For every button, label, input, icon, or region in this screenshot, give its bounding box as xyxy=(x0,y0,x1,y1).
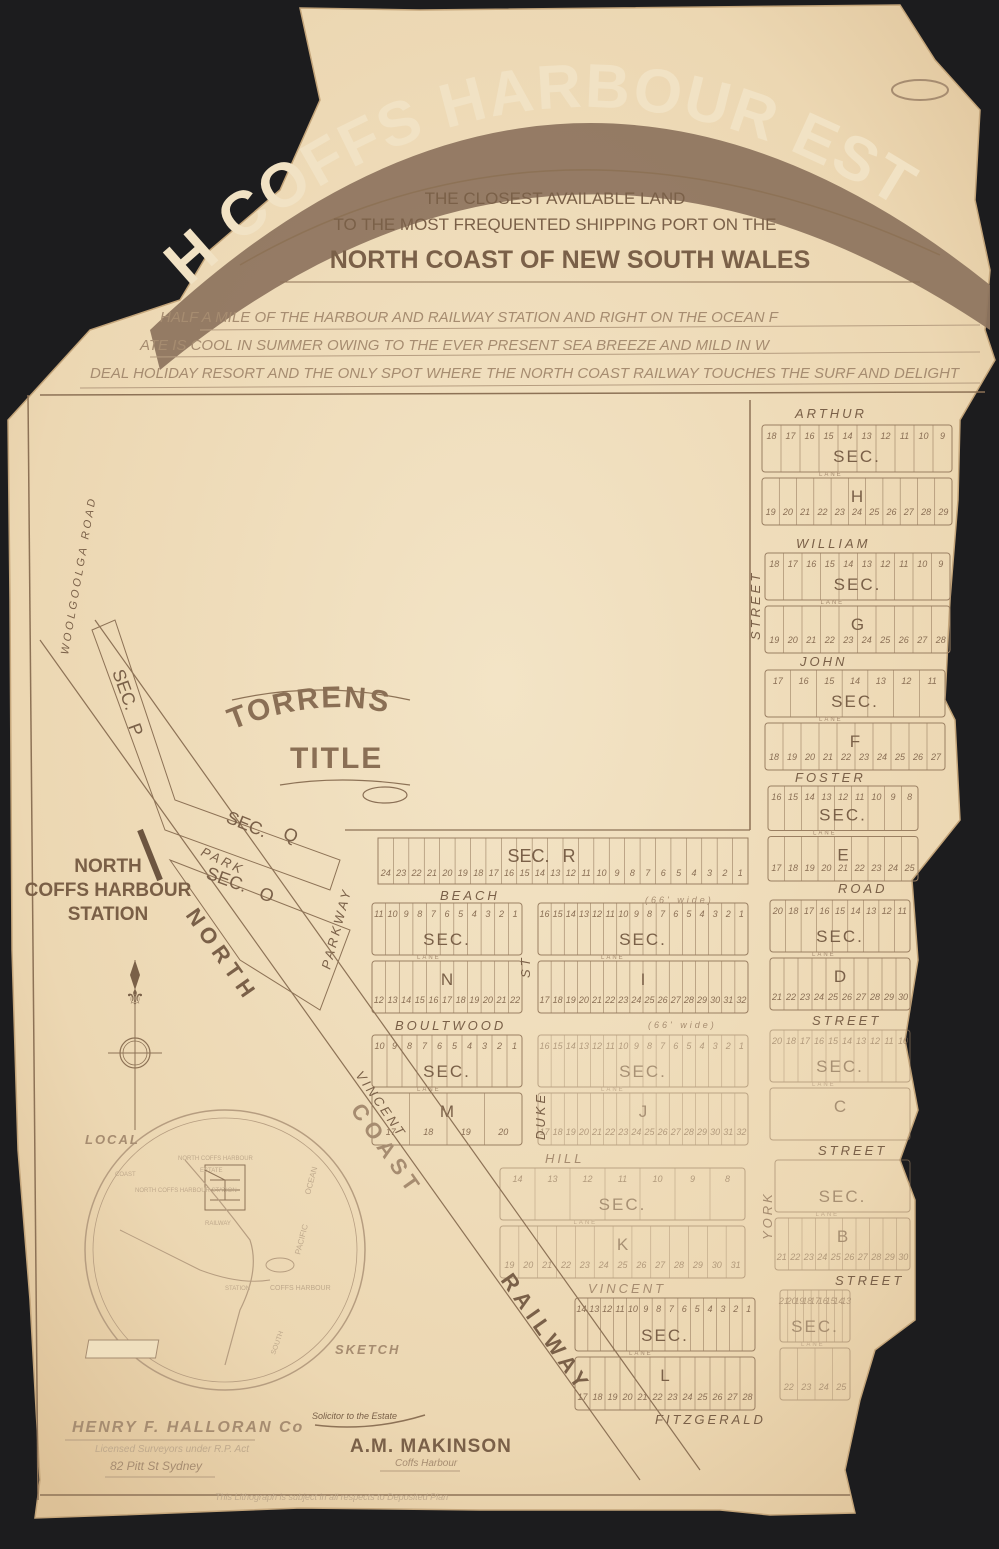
lot-number: 3 xyxy=(713,1041,718,1051)
surveyor-address: 82 Pitt St Sydney xyxy=(110,1459,203,1473)
street-vincent: VINCENT xyxy=(588,1281,666,1296)
lot-number: 6 xyxy=(673,1041,678,1051)
lot-number: 19 xyxy=(805,863,815,873)
lot-number: 20 xyxy=(804,752,815,762)
subtitle-line-1: THE CLOSEST AVAILABLE LAND xyxy=(425,189,686,208)
lot-number: 11 xyxy=(898,906,907,916)
lot-number: 11 xyxy=(900,431,909,441)
lot-number: 23 xyxy=(803,1252,814,1262)
lot-number: 8 xyxy=(407,1041,412,1051)
width-note-2: (66' wide) xyxy=(648,1020,717,1030)
lot-number: 29 xyxy=(696,1127,707,1137)
lane-label: LANE xyxy=(812,952,836,958)
lot-number: 6 xyxy=(682,1304,687,1314)
lot-number: 1 xyxy=(513,909,518,919)
lot-number: 14 xyxy=(850,676,860,686)
lot-number: 24 xyxy=(887,863,898,873)
lot-number: 21 xyxy=(799,507,810,517)
lot-number: 10 xyxy=(871,792,881,802)
lot-number: 24 xyxy=(818,1382,829,1392)
lot-number: 19 xyxy=(766,507,776,517)
section-letter: K xyxy=(617,1235,629,1254)
lot-number: 17 xyxy=(442,995,453,1005)
lot-number: 23 xyxy=(834,507,845,517)
lot-number: 3 xyxy=(482,1041,487,1051)
lot-number: 16 xyxy=(540,909,550,919)
lot-number: 15 xyxy=(824,676,835,686)
lot-number: 17 xyxy=(800,1036,811,1046)
lot-number: 15 xyxy=(825,559,836,569)
lot-number: 3 xyxy=(707,868,712,878)
lot-number: 24 xyxy=(681,1392,692,1402)
lot-number: 25 xyxy=(616,1260,628,1270)
lot-number: 18 xyxy=(769,559,779,569)
lot-number: 13 xyxy=(821,792,831,802)
lot-number: 11 xyxy=(606,1041,615,1051)
lot-number: 18 xyxy=(553,995,563,1005)
lot-number: 2 xyxy=(496,1041,502,1051)
lot-number: 25 xyxy=(904,863,916,873)
section-letter: J xyxy=(639,1102,648,1121)
lot-number: 14 xyxy=(566,909,576,919)
lot-number: 29 xyxy=(696,995,707,1005)
section-letter: I xyxy=(641,970,646,989)
lot-number: 3 xyxy=(713,909,718,919)
solicitor-label: Solicitor to the Estate xyxy=(312,1411,397,1421)
lot-number: 21 xyxy=(837,863,848,873)
lot-number: 20 xyxy=(820,863,831,873)
lot-number: 10 xyxy=(917,559,927,569)
lot-number: 9 xyxy=(614,868,619,878)
lot-number: 13 xyxy=(387,995,397,1005)
lot-number: 26 xyxy=(657,1127,668,1137)
lot-number: 20 xyxy=(522,1260,533,1270)
lot-number: 18 xyxy=(473,868,483,878)
lot-number: 15 xyxy=(415,995,426,1005)
street-road: ROAD xyxy=(838,881,888,896)
lot-number: 13 xyxy=(579,909,589,919)
street-street-1: STREET xyxy=(812,1013,881,1028)
lot-number: 22 xyxy=(783,1382,794,1392)
lot-number: 16 xyxy=(540,1041,550,1051)
lot-number: 8 xyxy=(656,1304,661,1314)
lot-number: 15 xyxy=(823,431,834,441)
lot-number: 12 xyxy=(592,1041,602,1051)
lot-number: 17 xyxy=(771,863,782,873)
lot-number: 26 xyxy=(898,635,909,645)
lot-number: 10 xyxy=(374,1041,384,1051)
lot-number: 11 xyxy=(884,1036,893,1046)
lot-number: 16 xyxy=(814,1036,824,1046)
lot-number: 8 xyxy=(647,1041,652,1051)
lot-number: 13 xyxy=(856,1036,866,1046)
lot-number: 6 xyxy=(661,868,666,878)
lot-number: 25 xyxy=(644,1127,656,1137)
lot-number: 11 xyxy=(606,909,615,919)
surveyor-line-2: Licensed Surveyors under R.P. Act xyxy=(95,1444,250,1455)
disclaimer: This Lithograph is subject in all respec… xyxy=(215,1492,448,1502)
solicitor-place: Coffs Harbour xyxy=(395,1458,458,1469)
lot-number: 20 xyxy=(482,995,493,1005)
lot-number: 18 xyxy=(788,863,798,873)
lot-number: 25 xyxy=(835,1382,847,1392)
lot-number: 6 xyxy=(673,909,678,919)
tagline-2: ATE IS COOL IN SUMMER OWING TO THE EVER … xyxy=(139,337,771,354)
lot-number: 28 xyxy=(870,1252,881,1262)
lot-number: 24 xyxy=(630,1127,641,1137)
lane-label: LANE xyxy=(819,717,843,723)
lot-number: 15 xyxy=(519,868,530,878)
section-letter: H xyxy=(851,487,863,506)
section-letter: F xyxy=(850,732,860,751)
section-label: SEC. xyxy=(816,1057,864,1076)
lane-label: LANE xyxy=(813,831,837,837)
lot-number: 24 xyxy=(816,1252,827,1262)
lot-number: 18 xyxy=(456,995,466,1005)
lot-number: 14 xyxy=(842,1036,852,1046)
lot-number: 9 xyxy=(690,1174,695,1184)
lot-number: 12 xyxy=(374,995,384,1005)
lane-label: LANE xyxy=(601,1087,625,1093)
tagline-3: DEAL HOLIDAY RESORT AND THE ONLY SPOT WH… xyxy=(90,365,961,382)
lot-number: 12 xyxy=(882,906,892,916)
street-hill: HILL xyxy=(545,1151,584,1166)
section-letter: N xyxy=(441,970,453,989)
lot-number: 26 xyxy=(843,1252,854,1262)
lot-number: 10 xyxy=(628,1304,638,1314)
section-letter: R xyxy=(563,846,576,866)
lot-number: 25 xyxy=(879,635,891,645)
lot-number: 18 xyxy=(553,1127,563,1137)
lot-number: 6 xyxy=(444,909,449,919)
lot-number: 24 xyxy=(861,635,872,645)
lot-number: 27 xyxy=(903,507,915,517)
lot-number: 26 xyxy=(657,995,668,1005)
lot-number: 19 xyxy=(504,1260,514,1270)
lot-number: 12 xyxy=(880,559,890,569)
section-letter: C xyxy=(834,1097,846,1116)
lane-label: LANE xyxy=(601,955,625,961)
lot-number: 8 xyxy=(647,909,652,919)
lane-label: LANE xyxy=(819,472,843,478)
lot-number: 28 xyxy=(935,635,946,645)
lot-number: 19 xyxy=(607,1392,617,1402)
lot-number: 24 xyxy=(813,992,824,1002)
lot-number: 13 xyxy=(579,1041,589,1051)
lane-label: LANE xyxy=(417,955,441,961)
lot-number: 28 xyxy=(683,995,694,1005)
lot-number: 9 xyxy=(890,792,895,802)
section-label: SEC. xyxy=(833,447,881,466)
lot-number: 30 xyxy=(898,992,908,1002)
lane-label: LANE xyxy=(801,1342,825,1348)
section-label: SEC. xyxy=(819,1187,867,1206)
lot-number: 14 xyxy=(851,906,861,916)
lane-label: LANE xyxy=(821,600,845,606)
lot-number: 17 xyxy=(773,676,784,686)
lot-number: 11 xyxy=(615,1304,624,1314)
lot-number: 19 xyxy=(458,868,468,878)
lot-number: 11 xyxy=(927,676,936,686)
section-letter: G xyxy=(851,615,864,634)
street-vertical: STREET xyxy=(748,571,763,640)
street-beach: BEACH xyxy=(440,888,500,903)
section-label: SEC. xyxy=(791,1317,839,1336)
lot-number: 10 xyxy=(918,431,928,441)
lot-number: 13 xyxy=(550,868,560,878)
lot-number: 20 xyxy=(578,1127,589,1137)
lot-number: 13 xyxy=(876,676,886,686)
lot-number: 28 xyxy=(869,992,880,1002)
lot-number: 22 xyxy=(411,868,422,878)
lot-number: 27 xyxy=(855,992,867,1002)
inset-text: COFFS HARBOUR xyxy=(270,1285,331,1292)
lot-number: 25 xyxy=(830,1252,842,1262)
lot-number: 22 xyxy=(816,507,827,517)
lot-number: 10 xyxy=(618,909,628,919)
street-william: WILLIAM xyxy=(796,536,870,551)
lot-number: 4 xyxy=(700,909,705,919)
lot-number: 14 xyxy=(566,1041,576,1051)
lot-number: 22 xyxy=(840,752,851,762)
lot-number: 19 xyxy=(769,635,779,645)
lot-number: 26 xyxy=(841,992,852,1002)
lot-number: 26 xyxy=(886,507,897,517)
lot-number: 17 xyxy=(785,431,796,441)
lot-number: 18 xyxy=(788,906,798,916)
lot-number: 9 xyxy=(634,909,639,919)
lot-number: 26 xyxy=(635,1260,646,1270)
lot-number: 31 xyxy=(731,1260,741,1270)
torrens-line-2: TITLE xyxy=(290,742,383,775)
lot-number: 16 xyxy=(806,559,816,569)
lot-number: 19 xyxy=(566,995,576,1005)
lot-number: 24 xyxy=(851,507,862,517)
lot-number: 22 xyxy=(824,635,835,645)
lot-number: 17 xyxy=(788,559,799,569)
lot-number: 19 xyxy=(787,752,797,762)
section-label: SEC. xyxy=(834,575,882,594)
lot-number: 28 xyxy=(920,507,931,517)
section-label: SEC. xyxy=(423,930,471,949)
lot-number: 15 xyxy=(835,906,846,916)
street-foster: FOSTER xyxy=(795,770,866,785)
lot-number: 24 xyxy=(630,995,641,1005)
lot-number: 16 xyxy=(428,995,438,1005)
lot-number: 21 xyxy=(541,1260,552,1270)
lot-number: 20 xyxy=(497,1127,508,1137)
lot-number: 15 xyxy=(553,1041,564,1051)
lot-number: 23 xyxy=(617,995,628,1005)
section-letter: D xyxy=(834,967,846,986)
lot-number: 20 xyxy=(782,507,793,517)
lot-number: 12 xyxy=(566,868,576,878)
lot-number: 1 xyxy=(746,1304,751,1314)
lane-label: LANE xyxy=(574,1220,598,1226)
lot-number: 30 xyxy=(898,1252,908,1262)
svg-text:⚜: ⚜ xyxy=(125,985,145,1010)
lot-number: 11 xyxy=(374,909,383,919)
lot-number: 23 xyxy=(842,635,853,645)
lot-number: 14 xyxy=(842,431,852,441)
street-fitzgerald: FITZGERALD xyxy=(655,1412,766,1427)
street-john: JOHN xyxy=(799,654,847,669)
street-street-2: STREET xyxy=(818,1143,887,1158)
lot-number: 27 xyxy=(916,635,928,645)
lot-number: 29 xyxy=(884,1252,895,1262)
lot-number: 2 xyxy=(498,909,504,919)
lot-number: 22 xyxy=(604,995,615,1005)
street-arthur: ARTHUR xyxy=(794,406,867,421)
lot-number: 11 xyxy=(618,1174,627,1184)
street-st: ST xyxy=(518,955,533,978)
lot-number: 19 xyxy=(566,1127,576,1137)
lot-number: 22 xyxy=(604,1127,615,1137)
street-york: YORK xyxy=(760,1191,775,1240)
lot-number: 14 xyxy=(843,559,853,569)
section-letter: B xyxy=(837,1227,848,1246)
inset-text: NORTH COFFS HARBOUR xyxy=(178,1156,254,1162)
lot-number: 12 xyxy=(592,909,602,919)
lot-number: 30 xyxy=(710,1127,720,1137)
lot-number: 27 xyxy=(670,995,682,1005)
lot-number: 10 xyxy=(652,1174,662,1184)
lot-number: 1 xyxy=(739,1041,744,1051)
lot-number: 21 xyxy=(822,752,833,762)
street-boultwood: BOULTWOOD xyxy=(395,1018,506,1033)
lot-number: 22 xyxy=(854,863,865,873)
lot-number: 11 xyxy=(855,792,864,802)
lot-number: 20 xyxy=(772,906,783,916)
lot-number: 24 xyxy=(876,752,887,762)
lot-number: 4 xyxy=(700,1041,705,1051)
section-label: SEC. xyxy=(423,1062,471,1081)
subtitle-line-3: NORTH COAST OF NEW SOUTH WALES xyxy=(330,246,811,274)
lot-number: 27 xyxy=(857,1252,869,1262)
lot-number: 4 xyxy=(472,909,477,919)
section-label: SEC. xyxy=(816,927,864,946)
lot-number: 32 xyxy=(736,1127,746,1137)
lot-number: 20 xyxy=(621,1392,632,1402)
lot-number: 18 xyxy=(786,1036,796,1046)
inset-text: NORTH COFFS HARBOUR STATION xyxy=(135,1188,237,1194)
lot-number: 16 xyxy=(804,431,814,441)
lot-number: 12 xyxy=(880,431,890,441)
lot-number: 27 xyxy=(670,1127,682,1137)
lot-number: 8 xyxy=(630,868,635,878)
lot-number: 18 xyxy=(769,752,779,762)
lot-number: 14 xyxy=(401,995,411,1005)
lot-number: 32 xyxy=(736,995,746,1005)
inset-text: ESTATE xyxy=(200,1168,222,1174)
lot-number: 4 xyxy=(467,1041,472,1051)
lot-number: 16 xyxy=(504,868,514,878)
width-note-1: (66' wide) xyxy=(645,895,714,905)
lot-number: 4 xyxy=(707,1304,712,1314)
surveyor-name: HENRY F. HALLORAN Co xyxy=(72,1419,304,1436)
inset-text: STATION xyxy=(225,1286,250,1292)
lot-number: 12 xyxy=(901,676,911,686)
lot-number: 16 xyxy=(771,792,781,802)
lot-number: 23 xyxy=(579,1260,590,1270)
lot-number: 28 xyxy=(673,1260,684,1270)
lot-number: 20 xyxy=(787,635,798,645)
lot-number: 20 xyxy=(441,868,452,878)
lot-number: 8 xyxy=(907,792,912,802)
section-label: SEC. xyxy=(819,806,867,825)
lot-number: 13 xyxy=(862,559,872,569)
tagline-1: HALF A MILE OF THE HARBOUR AND RAILWAY S… xyxy=(160,309,779,326)
lot-number: 15 xyxy=(828,1036,839,1046)
lot-number: 1 xyxy=(512,1041,517,1051)
section-label: SEC. xyxy=(599,1195,647,1214)
lane-label: LANE xyxy=(629,1351,653,1357)
lot-number: 1 xyxy=(738,868,743,878)
lot-number: 25 xyxy=(868,507,880,517)
station-line-1: NORTH xyxy=(74,856,142,877)
lot-number: 13 xyxy=(861,431,871,441)
lot-number: 2 xyxy=(721,868,727,878)
street-street-3: STREET xyxy=(835,1273,904,1288)
lot-number: 18 xyxy=(423,1127,433,1137)
lot-number: 24 xyxy=(598,1260,609,1270)
lot-number: 23 xyxy=(666,1392,677,1402)
solicitor-name: A.M. MAKINSON xyxy=(350,1436,512,1457)
lot-number: 27 xyxy=(726,1392,738,1402)
lot-number: 27 xyxy=(930,752,942,762)
section-letter: L xyxy=(660,1366,669,1385)
lot-number: 21 xyxy=(496,995,507,1005)
lot-number: 8 xyxy=(417,909,422,919)
section-label: SEC. xyxy=(619,930,667,949)
lot-number: 9 xyxy=(643,1304,648,1314)
lot-number: 23 xyxy=(799,992,810,1002)
lot-number: 23 xyxy=(870,863,881,873)
lot-number: 18 xyxy=(592,1392,602,1402)
lot-number: 2 xyxy=(725,1041,731,1051)
station-line-2: COFFS HARBOUR xyxy=(25,880,192,901)
lot-number: 10 xyxy=(387,909,397,919)
lot-number: 8 xyxy=(725,1174,730,1184)
inset-text: RAILWAY xyxy=(205,1221,231,1227)
lot-number: 9 xyxy=(940,431,945,441)
lot-number: 16 xyxy=(799,676,809,686)
section-letter: M xyxy=(440,1102,454,1121)
lot-number: 21 xyxy=(591,995,602,1005)
lot-number: 23 xyxy=(395,868,406,878)
lot-number: 12 xyxy=(602,1304,612,1314)
lot-number: 23 xyxy=(858,752,869,762)
lot-number: 26 xyxy=(912,752,923,762)
lot-number: 17 xyxy=(804,906,815,916)
lot-number: 22 xyxy=(509,995,520,1005)
lot-number: 20 xyxy=(578,995,589,1005)
lot-number: 25 xyxy=(894,752,906,762)
lane-label: LANE xyxy=(816,1212,840,1218)
lot-number: 13 xyxy=(547,1174,557,1184)
lot-number: 2 xyxy=(725,909,731,919)
lot-number: 25 xyxy=(696,1392,708,1402)
lane-label: LANE xyxy=(812,1082,836,1088)
lot-number: 10 xyxy=(898,1036,908,1046)
lot-number: 11 xyxy=(581,868,590,878)
section-label: SEC. xyxy=(508,846,550,866)
estate-map: H COFFS HARBOUR EST THE CLOSEST AVAILABL… xyxy=(0,0,999,1549)
lot-number: 3 xyxy=(485,909,490,919)
lot-number: 9 xyxy=(634,1041,639,1051)
lot-number: 9 xyxy=(938,559,943,569)
lot-number: 11 xyxy=(899,559,908,569)
